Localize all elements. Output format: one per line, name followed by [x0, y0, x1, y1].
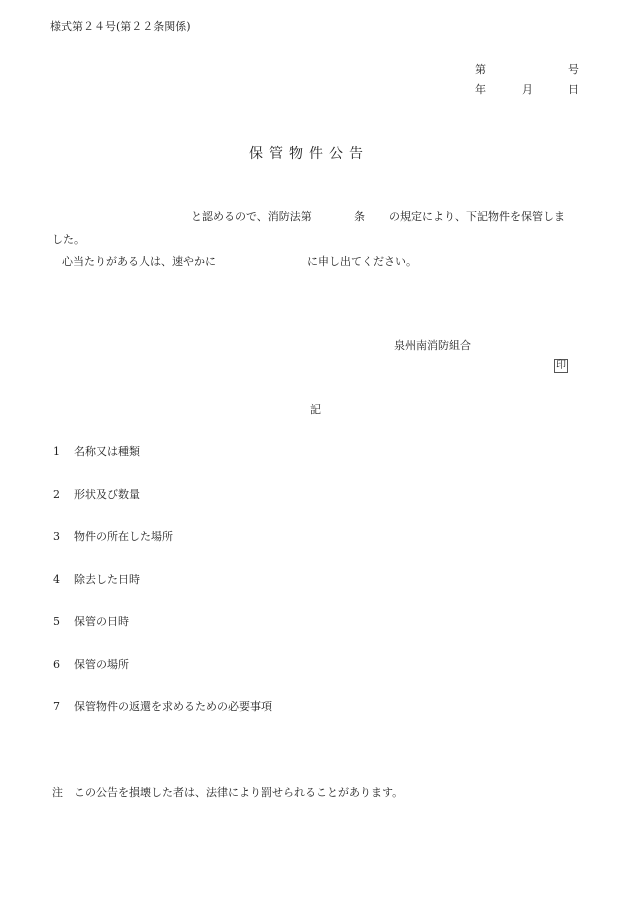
body-line3-b: に申し出てください。 [307, 256, 417, 267]
seal-mark: 印 [554, 359, 568, 373]
item-label: 除去した日時 [74, 574, 140, 585]
date-day: 日 [568, 84, 579, 95]
body-line1-a: と認めるので、消防法第 [191, 211, 312, 222]
item-num: 1 [53, 446, 60, 457]
ki-heading: 記 [310, 404, 321, 415]
note-label: 注 [52, 787, 63, 798]
number-suffix: 号 [568, 64, 579, 75]
number-prefix: 第 [475, 64, 486, 75]
item-num: 5 [53, 616, 60, 627]
item-label: 保管物件の返還を求めるための必要事項 [74, 701, 272, 712]
body-line3-a: 心当たりがある人は、速やかに [62, 256, 216, 267]
item-num: 6 [53, 659, 60, 670]
issuer-name: 泉州南消防組合 [394, 340, 471, 351]
item-label: 保管の日時 [74, 616, 129, 627]
item-label: 名称又は種類 [74, 446, 140, 457]
item-num: 3 [53, 531, 60, 542]
body-line1-c: の規定により、下記物件を保管しま [389, 211, 565, 222]
form-header: 様式第２４号(第２２条関係) [50, 21, 191, 32]
item-label: 形状及び数量 [74, 489, 140, 500]
item-num: 2 [53, 489, 60, 500]
date-month: 月 [522, 84, 533, 95]
body-line1-b: 条 [354, 211, 365, 222]
item-label: 物件の所在した場所 [74, 531, 173, 542]
note-text: この公告を損壊した者は、法律により罰せられることがあります。 [74, 787, 403, 798]
date-year: 年 [475, 84, 486, 95]
page-title: 保管物件公告 [249, 147, 369, 161]
item-label: 保管の場所 [74, 659, 129, 670]
item-num: 7 [53, 701, 60, 712]
item-num: 4 [53, 574, 60, 585]
body-line2: した。 [52, 234, 85, 245]
